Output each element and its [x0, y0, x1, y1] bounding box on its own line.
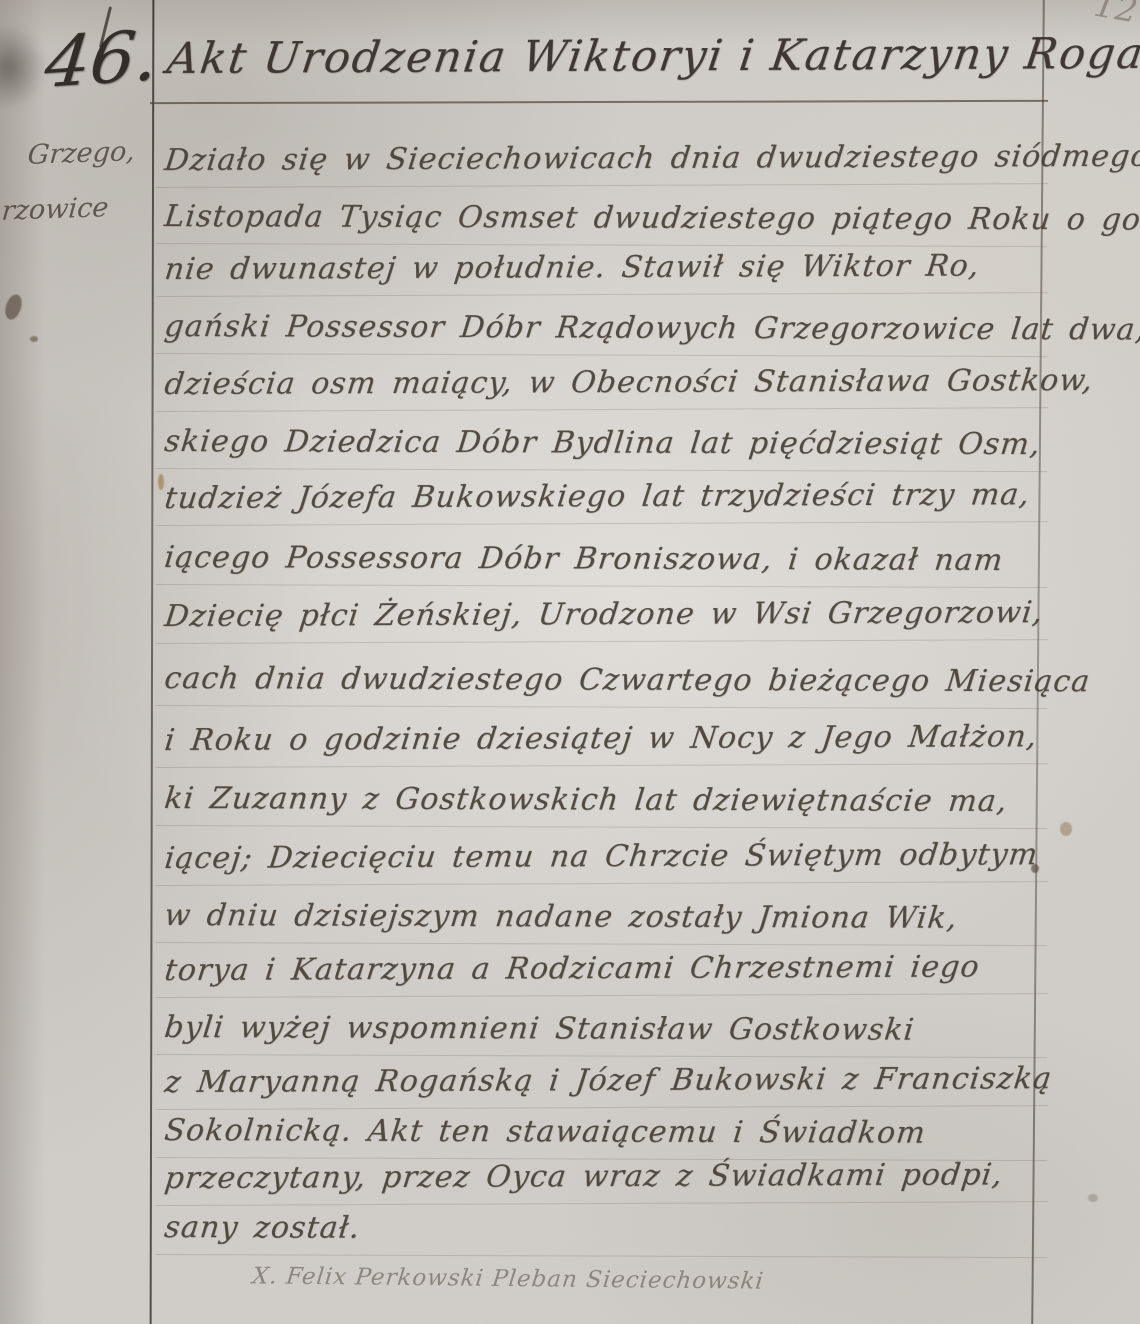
- record-line: nie dwunastej w południe. Stawił się Wik…: [162, 243, 982, 293]
- ink-speck: [2, 292, 24, 321]
- record-line: torya i Katarzyna a Rodzicami Chrzestnem…: [162, 944, 982, 994]
- record-title: Akt Urodzenia Wiktoryi i Katarzyny Rogań…: [164, 28, 1140, 84]
- record-line: z Maryanną Rogańską i Józef Bukowski z F…: [162, 1056, 1055, 1106]
- page-number: 12: [1091, 0, 1140, 31]
- record-line: w dniu dzisiejszym nadane zostały Jmiona…: [162, 893, 960, 942]
- record-line: Sokolnicką. Akt ten stawaiącemu i Świadk…: [162, 1108, 928, 1157]
- entry-number: 46.: [41, 14, 162, 104]
- record-line: iącego Possessora Dóbr Broniszowa, i oka…: [162, 535, 1006, 584]
- record-line: cach dnia dwudziestego Czwartego bieżące…: [162, 656, 1093, 705]
- margin-rule-left: [150, 0, 155, 1324]
- record-line: Listopada Tysiąc Osmset dwudziestego pią…: [162, 194, 1140, 244]
- ink-speck: [30, 336, 38, 342]
- record-line: iącej; Dziecięciu temu na Chrzcie Święty…: [162, 832, 1041, 882]
- record-line: gański Possessor Dóbr Rządowych Grzegorz…: [162, 304, 1140, 353]
- scanned-birth-record-page: 12 46. Akt Urodzenia Wiktoryi i Katarzyn…: [0, 0, 1140, 1324]
- record-line: i Roku o godzinie dziesiątej w Nocy z Je…: [162, 714, 1040, 764]
- record-line: tudzież Józefa Bukowskiego lat trzydzieś…: [162, 472, 1033, 522]
- record-line: skiego Dziedzica Dóbr Bydlina lat pięćdz…: [162, 419, 1043, 468]
- record-line: Działo się w Sieciechowicach dnia dwudzi…: [162, 134, 1140, 184]
- ink-speck: [158, 474, 164, 490]
- record-line: sany został.: [162, 1205, 363, 1252]
- margin-place-note-line2: rzowice: [0, 192, 109, 227]
- record-line: dzieścia osm maiący, w Obecności Stanisł…: [162, 358, 1096, 408]
- ink-speck: [1060, 822, 1072, 836]
- ink-speck: [1088, 1194, 1098, 1202]
- record-line: Dziecię płci Żeńskiej, Urodzone w Wsi Gr…: [162, 590, 1046, 640]
- record-line: przeczytany, przez Oyca wraz z Świadkami…: [162, 1152, 1006, 1202]
- title-underline: [150, 100, 1048, 104]
- margin-place-note-line1: Grzego,: [26, 136, 136, 171]
- priest-signature: X. Felix Perkowski Pleban Sieciechowski: [251, 1263, 766, 1294]
- record-line: byli wyżej wspomnieni Stanisław Gostkows…: [162, 1005, 917, 1054]
- record-line: ki Zuzanny z Gostkowskich lat dziewiętna…: [162, 776, 1010, 825]
- scan-corner-shadow: [0, 24, 46, 110]
